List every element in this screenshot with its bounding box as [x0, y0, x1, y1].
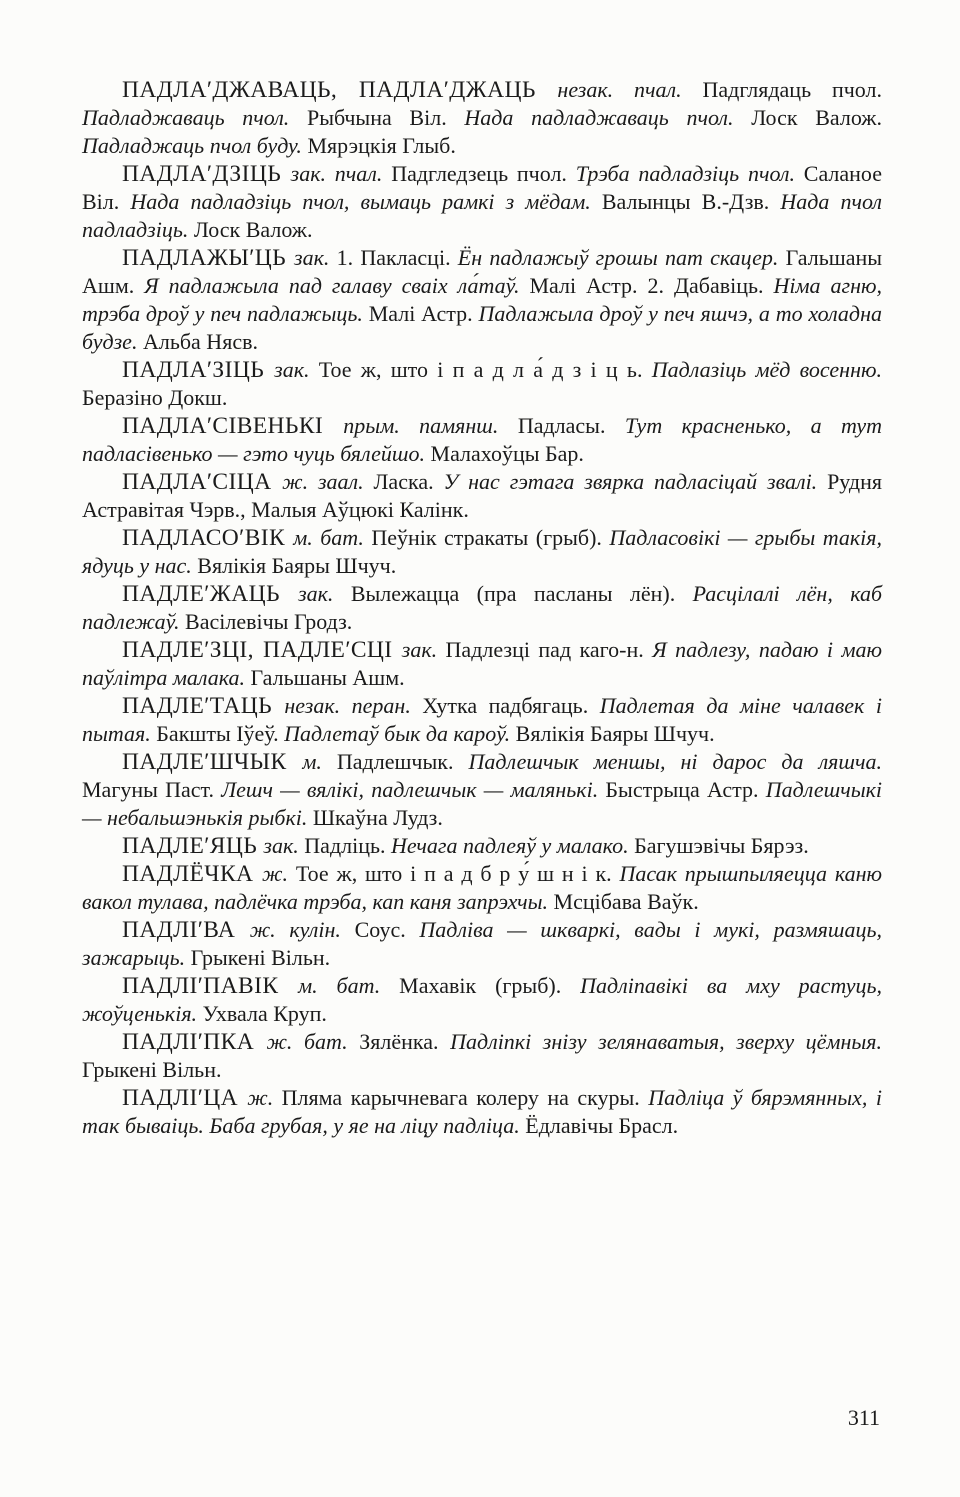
grammar-label: прым. памянш.	[343, 413, 518, 438]
dictionary-entry: ПАДЛІ′ЦА ж. Пляма карычневага колеру на …	[82, 1084, 882, 1140]
headword: ПАДЛІ′ПКА	[122, 1029, 266, 1055]
grammar-label: м. бат.	[298, 973, 399, 998]
cross-reference: п а д б р у́ ш н і к.	[424, 861, 619, 886]
grammar-label: ж.	[262, 861, 296, 886]
locality-text: Гальшаны Ашм.	[251, 665, 405, 690]
example-text: Я падлажыла пад галаву сваіх ла́таў.	[144, 273, 529, 298]
dictionary-page: ПАДЛА′ДЖАВАЦЬ, ПАДЛА′ДЖАЦЬ незак. пчал. …	[0, 0, 960, 1497]
headword: ПАДЛА′СІЦА	[122, 469, 282, 495]
headword: ПАДЛА′ДЗІЦЬ	[122, 161, 291, 187]
dictionary-entry: ПАДЛА′ДЖАВАЦЬ, ПАДЛА′ДЖАЦЬ незак. пчал. …	[82, 76, 882, 160]
grammar-label: незак. пчал.	[557, 77, 702, 102]
dictionary-entry: ПАДЛЁЧКА ж. Тое ж, што і п а д б р у́ ш …	[82, 860, 882, 916]
locality-text: Лоск Валож.	[751, 105, 882, 130]
definition-text: Падгледзець пчол.	[391, 161, 576, 186]
locality-text: Вялікія Баяры Шчуч.	[516, 721, 715, 746]
grammar-label: ж. заал.	[282, 469, 373, 494]
dictionary-entry: ПАДЛАЖЫ′ЦЬ зак. 1. Пакласці. Ён падлажыў…	[82, 244, 882, 356]
grammar-label: зак.	[298, 581, 351, 606]
definition-text: Падлезці пад каго-н.	[446, 637, 653, 662]
definition-text: 2. Дабавіць.	[648, 273, 774, 298]
definition-text: 1. Пакласці.	[337, 245, 458, 270]
dictionary-entry: ПАДЛА′СІВЕНЬКІ прым. памянш. Падласы. Ту…	[82, 412, 882, 468]
entries-container: ПАДЛА′ДЖАВАЦЬ, ПАДЛА′ДЖАЦЬ незак. пчал. …	[82, 76, 882, 1140]
example-text: У нас гэтага звярка падласіцай звалі.	[443, 469, 827, 494]
grammar-label: зак.	[402, 637, 446, 662]
dictionary-entry: ПАДЛА′ЗІЦЬ зак. Тое ж, што і п а д л а́ …	[82, 356, 882, 412]
locality-text: Вялікія Баяры Шчуч.	[197, 553, 396, 578]
grammar-label: ж. бат.	[266, 1029, 359, 1054]
locality-text: Ухвала Круп.	[203, 1001, 327, 1026]
locality-text: Магуны Паст.	[82, 777, 221, 802]
dictionary-entry: ПАДЛЕ′ТАЦЬ незак. перан. Хутка падбягаць…	[82, 692, 882, 748]
cross-reference: п а д л а́ д з і ц ь.	[453, 357, 652, 382]
dictionary-entry: ПАДЛЕ′ЖАЦЬ зак. Вылежацца (пра пасланы л…	[82, 580, 882, 636]
definition-text: Ласка.	[374, 469, 444, 494]
dictionary-entry: ПАДЛА′СІЦА ж. заал. Ласка. У нас гэтага …	[82, 468, 882, 524]
grammar-label: ж. кулін.	[250, 917, 355, 942]
headword: ПАДЛЕ′ШЧЫК	[122, 749, 302, 775]
grammar-label: м.	[302, 749, 337, 774]
definition-text: Падласы.	[518, 413, 625, 438]
locality-text: Рыбчына Віл.	[307, 105, 464, 130]
example-text: Нада падладзіць пчол, вымаць рамкі з мёд…	[130, 189, 601, 214]
dictionary-entry: ПАДЛА′ДЗІЦЬ зак. пчал. Падгледзець пчол.…	[82, 160, 882, 244]
locality-text: Малі Астр.	[369, 301, 479, 326]
locality-text: Быстрыца Астр.	[605, 777, 765, 802]
example-text: Ён падлажыў грошы пат скацер.	[458, 245, 786, 270]
example-text: Падладжаваць пчол.	[82, 105, 307, 130]
locality-text: Мсцібава Ваўк.	[554, 889, 699, 914]
definition-text: Соус.	[355, 917, 420, 942]
example-text: Нада падладжаваць пчол.	[464, 105, 751, 130]
locality-text: Лоск Валож.	[194, 217, 313, 242]
grammar-label: зак. пчал.	[291, 161, 392, 186]
headword: ПАДЛА′ЗІЦЬ	[122, 357, 274, 383]
definition-text: Хутка падбягаць.	[422, 693, 599, 718]
locality-text: Ёдлавічы Брасл.	[525, 1113, 678, 1138]
headword: ПАДЛАСО′ВІК	[122, 525, 293, 551]
locality-text: Малі Астр.	[529, 273, 647, 298]
definition-text: Тое ж, што і	[296, 861, 424, 886]
definition-text: Махавік (грыб).	[399, 973, 580, 998]
locality-text: Альба Нясв.	[143, 329, 258, 354]
dictionary-entry: ПАДЛІ′ПАВІК м. бат. Махавік (грыб). Падл…	[82, 972, 882, 1028]
dictionary-entry: ПАДЛІ′ВА ж. кулін. Соус. Падліва — шквар…	[82, 916, 882, 972]
locality-text: Бакшты Іўеў.	[156, 721, 284, 746]
locality-text: Грыкені Вільн.	[82, 1057, 221, 1082]
locality-text: Беразіно Докш.	[82, 385, 227, 410]
page-number: 311	[848, 1405, 880, 1431]
example-text: Трэба падладзіць пчол.	[576, 161, 804, 186]
dictionary-entry: ПАДЛЕ′ЗЦІ, ПАДЛЕ′СЦІ зак. Падлезці пад к…	[82, 636, 882, 692]
headword: ПАДЛЕ′ЖАЦЬ	[122, 581, 298, 607]
example-text: Падліпкі знізу зелянаватыя, зверху цёмны…	[450, 1029, 882, 1054]
dictionary-entry: ПАДЛЕ′ЯЦЬ зак. Падліць. Нечага падлеяў у…	[82, 832, 882, 860]
dictionary-entry: ПАДЛЕ′ШЧЫК м. Падлешчык. Падлешчык меншы…	[82, 748, 882, 832]
grammar-label: зак.	[274, 357, 319, 382]
locality-text: Багушэвічы Бярэз.	[634, 833, 809, 858]
headword: ПАДЛЕ′ЯЦЬ	[122, 833, 263, 859]
grammar-label: зак.	[294, 245, 337, 270]
definition-text: Тое ж, што і	[319, 357, 453, 382]
locality-text: Малахоўцы Бар.	[431, 441, 584, 466]
locality-text: Васілевічы Гродз.	[185, 609, 352, 634]
definition-text: Зялёнка.	[359, 1029, 450, 1054]
headword: ПАДЛЕ′ТАЦЬ	[122, 693, 284, 719]
dictionary-entry: ПАДЛАСО′ВІК м. бат. Пеўнік стракаты (гры…	[82, 524, 882, 580]
headword: ПАДЛА′СІВЕНЬКІ	[122, 413, 343, 439]
grammar-label: зак.	[263, 833, 304, 858]
headword: ПАДЛАЖЫ′ЦЬ	[122, 245, 294, 271]
headword: ПАДЛІ′ВА	[122, 917, 250, 943]
definition-text: Падлешчык.	[337, 749, 469, 774]
example-text: Нечага падлеяў у малако.	[391, 833, 634, 858]
example-text: Падлазіць мёд восенню.	[652, 357, 882, 382]
definition-text: Падглядаць пчол.	[702, 77, 882, 102]
locality-text: Грыкені Вільн.	[191, 945, 330, 970]
headword: ПАДЛІ′ЦА	[122, 1085, 247, 1111]
definition-text: Вылежацца (пра пасланы лён).	[351, 581, 693, 606]
headword: ПАДЛЕ′ЗЦІ, ПАДЛЕ′СЦІ	[122, 637, 402, 663]
definition-text: Пеўнік стракаты (грыб).	[371, 525, 609, 550]
definition-text: Падліць.	[304, 833, 391, 858]
example-text: Падладжаць пчол буду.	[82, 133, 307, 158]
grammar-label: м. бат.	[293, 525, 371, 550]
locality-text: Валынцы В.-Дзв.	[602, 189, 781, 214]
dictionary-entry: ПАДЛІ′ПКА ж. бат. Зялёнка. Падліпкі зніз…	[82, 1028, 882, 1084]
example-text: Падлешчык меншы, ні дарос да ляшча.	[469, 749, 883, 774]
headword: ПАДЛЁЧКА	[122, 861, 262, 887]
locality-text: Шкаўна Лудз.	[313, 805, 443, 830]
headword: ПАДЛІ′ПАВІК	[122, 973, 298, 999]
definition-text: Пляма карычневага колеру на скуры.	[282, 1085, 649, 1110]
example-text: Падлетаў бык да кароў.	[284, 721, 516, 746]
grammar-label: незак. перан.	[284, 693, 422, 718]
locality-text: Мярэцкія Глыб.	[307, 133, 455, 158]
grammar-label: ж.	[247, 1085, 281, 1110]
headword: ПАДЛА′ДЖАВАЦЬ, ПАДЛА′ДЖАЦЬ	[122, 77, 557, 103]
example-text: Лешч — вялікі, падлешчык — малянькі.	[221, 777, 605, 802]
